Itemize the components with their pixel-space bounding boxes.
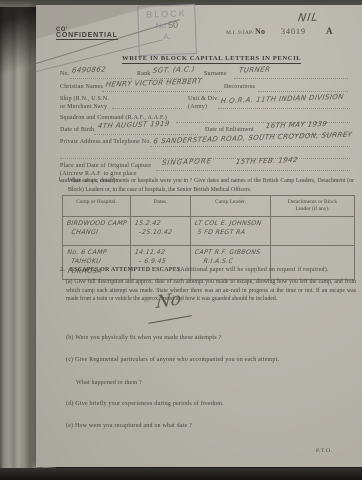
field-christian-line — [102, 90, 222, 92]
field-christian-label: Christian Names — [60, 84, 103, 92]
stamp-letter: A. — [139, 31, 195, 42]
field-unit-line — [218, 107, 350, 109]
field-dob-label: Date of Birth — [60, 127, 94, 135]
table-row: BIRDWOOD CAMPCHANGI 15.2.42–25.10.42 LT … — [63, 217, 355, 246]
camp-dates: 14.11.42– 6.9.45 — [133, 248, 189, 267]
q2e-text: (e) How were you recaptured and on what … — [66, 423, 192, 431]
pto-note: P.T.O. — [316, 448, 333, 454]
field-unit-label: Unit & Div. (Army) — [188, 96, 219, 111]
field-surname-label: Surname — [204, 71, 227, 79]
stamp-handwritten-number: 50 — [168, 20, 178, 30]
nil-annotation: NIL — [297, 11, 320, 25]
form-heading: WRITE IN BLOCK CAPITAL LETTERS IN PENCIL — [122, 55, 301, 64]
scanned-pow-form: { "doc": { "confidential_overprint": "CO… — [0, 0, 362, 480]
ref-suffix: A — [326, 26, 333, 37]
q2-title: ESCAPES OR ATTEMPTED ESCAPES. — [70, 267, 182, 275]
ref-prefix: M.I. 9/JAP/ — [226, 30, 254, 37]
field-ship-line — [112, 107, 182, 109]
q2d-text: (d) Give briefly your experiences during… — [66, 401, 224, 409]
field-surname-line — [234, 77, 348, 79]
q2a-answer-underline — [148, 315, 192, 324]
col-camp: Camp or Hospital. — [63, 196, 131, 217]
field-decorations-line — [258, 90, 348, 92]
q2a-text: (a) Give full description and approx. da… — [66, 278, 356, 304]
q1-number: 1. — [58, 177, 63, 185]
field-ship-label: Ship (R.N., U.S.N. or Merchant Navy — [60, 96, 109, 111]
camp-leader: LT COL E. JOHNSON5 FD REGT RA — [193, 219, 269, 238]
field-rank-label: Rank — [137, 71, 150, 79]
field-rank-value: SGT. (A.C.) — [152, 65, 195, 74]
confidential-stamp: CO' CONFIDENTIAL — [56, 27, 118, 40]
camp-dates: 15.2.42–25.10.42 — [133, 219, 189, 238]
q2-title-note: (Additional paper will be supplied on re… — [178, 267, 329, 275]
ref-number: 34019 — [281, 27, 306, 37]
camp-leader: CAPT R.F. GIBBONSR.I.A.S.C — [193, 248, 269, 267]
field-capture-place: SINGAPORE — [161, 157, 212, 167]
q2c-text: (c) Give Regimental particulars of anyon… — [66, 357, 279, 365]
field-decorations-label: Decorations — [224, 84, 255, 92]
col-block: Detachments or Block Leader (if any). — [271, 196, 355, 217]
field-no-line — [70, 77, 132, 79]
block-number-stamp: BLOCK No 50 A. — [137, 4, 197, 56]
q2b-text: (b) Were you physically fit when you mad… — [66, 335, 221, 343]
ref-no-label: No — [255, 27, 265, 37]
field-capture-date: 15TH FEB. 1942 — [235, 156, 298, 166]
questionnaire-sheet: CO' CONFIDENTIAL BLOCK No 50 A. NIL M.I.… — [36, 5, 362, 467]
field-capture-line — [156, 169, 350, 171]
q1-text: What camps, detachments or hospitals wer… — [68, 177, 354, 194]
field-no-value: 6490862 — [71, 65, 106, 74]
field-dob-line — [94, 133, 198, 135]
scan-bottom-shadow — [0, 468, 362, 480]
q2a-answer-no: No — [155, 289, 181, 313]
q2-number: 2. — [60, 267, 65, 275]
field-surname-value: TURNER — [238, 65, 270, 74]
camp-name: BIRDWOOD CAMPCHANGI — [65, 219, 129, 238]
field-enlist-value: 16TH MAY 1939 — [265, 120, 327, 130]
col-dates: Dates. — [131, 196, 191, 217]
col-leader: Camp Leader. — [191, 196, 271, 217]
camps-table-header-row: Camp or Hospital. Dates. Camp Leader. De… — [63, 196, 355, 217]
field-dob-value: 4TH AUGUST 1919 — [97, 120, 170, 130]
stamp-no-label: No — [155, 21, 166, 30]
q2c2-text: What happened to them ? — [76, 380, 142, 388]
field-christian-value: HENRY VICTOR HERBERT — [105, 77, 202, 88]
field-address-line — [150, 145, 350, 147]
field-address-label: Private Address and Telephone No. — [60, 139, 151, 147]
field-unit-value: H.Q.R.A. 11TH INDIAN DIVISION — [220, 93, 344, 105]
field-no-label: No. — [60, 71, 69, 79]
